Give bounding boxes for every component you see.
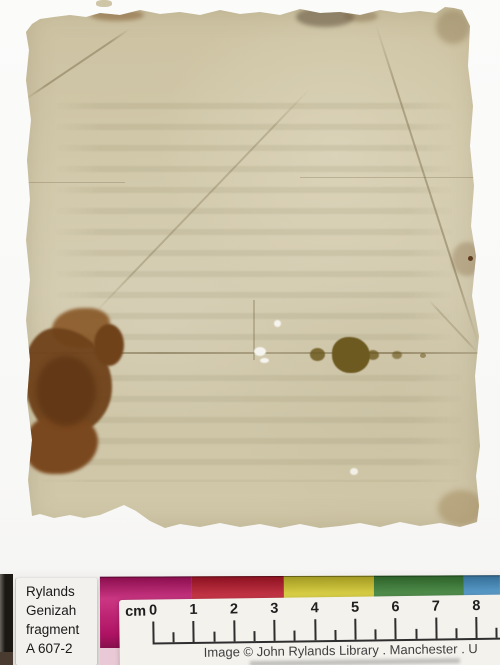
paper-speck: [96, 0, 112, 7]
dark-speck: [468, 256, 473, 261]
ruler-tick-minor: [173, 632, 175, 642]
ink-blot: [367, 350, 379, 360]
copyright-text: Image © John Rylands Library . Mancheste…: [204, 641, 478, 660]
ruler: cm 012345678 Image © John Rylands Librar…: [119, 595, 500, 665]
ruler-tick-major: [395, 618, 397, 639]
ruler-tick-major: [193, 621, 195, 642]
ruler-tick-major: [233, 620, 235, 641]
ink-blot: [310, 348, 325, 361]
ruler-tick-minor: [415, 629, 417, 639]
ruler-tick-major: [435, 618, 437, 639]
ruler-tick-minor: [253, 631, 255, 641]
damage-fleck: [260, 358, 269, 363]
brown-stain: [36, 356, 96, 426]
ruler-tick-minor: [334, 630, 336, 640]
ruler-number: 8: [464, 598, 488, 614]
ruler-number: 3: [262, 601, 286, 617]
edge-smudge: [90, 9, 144, 21]
edge-smudge: [452, 242, 482, 276]
damage-fleck: [350, 468, 358, 475]
shelfmark-line: A 607-2: [26, 639, 97, 658]
shelfmark-line: Genizah: [26, 601, 97, 620]
ink-blot: [420, 353, 426, 358]
shelfmark-line: fragment: [26, 620, 97, 639]
damage-fleck: [254, 347, 266, 356]
ruler-number: 2: [222, 601, 246, 617]
ruler-tick-minor: [496, 628, 498, 638]
ruler-number: 0: [141, 602, 165, 618]
ink-blot: [332, 337, 370, 373]
ruler-tick-minor: [375, 629, 377, 639]
calibration-black-bar: [0, 574, 13, 652]
ruler-tick-major: [354, 619, 356, 640]
digitized-manuscript-page: Rylands Genizah fragment A 607-2 cm 0123…: [0, 0, 500, 665]
shelfmark-label: Rylands Genizah fragment A 607-2: [16, 578, 97, 665]
shelfmark-line: Rylands: [26, 582, 97, 601]
ruler-number: 4: [303, 600, 327, 616]
crease-line: [300, 177, 480, 178]
brown-stain: [94, 324, 124, 366]
calibration-black-bar-lower: [0, 652, 13, 665]
edge-smudge: [438, 490, 484, 526]
copyright-text-clipped: [250, 658, 460, 665]
ruler-tick-major: [152, 622, 154, 643]
crease-line: [25, 182, 125, 183]
ink-blot: [392, 351, 402, 359]
ruler-tick-minor: [294, 631, 296, 641]
manuscript-fragment-image: [24, 6, 482, 530]
damage-fleck: [274, 320, 281, 327]
ruler-tick-minor: [213, 632, 215, 642]
ruler-tick-major: [314, 619, 316, 640]
ruler-number: 1: [181, 602, 205, 618]
ruler-tick-major: [273, 620, 275, 641]
calibration-strip: Rylands Genizah fragment A 607-2 cm 0123…: [0, 570, 500, 665]
ruler-tick-minor: [455, 628, 457, 638]
edge-smudge: [436, 10, 470, 44]
ruler-number: 6: [383, 599, 407, 615]
ruler-tick-major: [475, 617, 477, 638]
ruler-number: 5: [343, 600, 367, 616]
edge-smudge: [344, 10, 378, 22]
ruler-number: 7: [424, 598, 448, 614]
